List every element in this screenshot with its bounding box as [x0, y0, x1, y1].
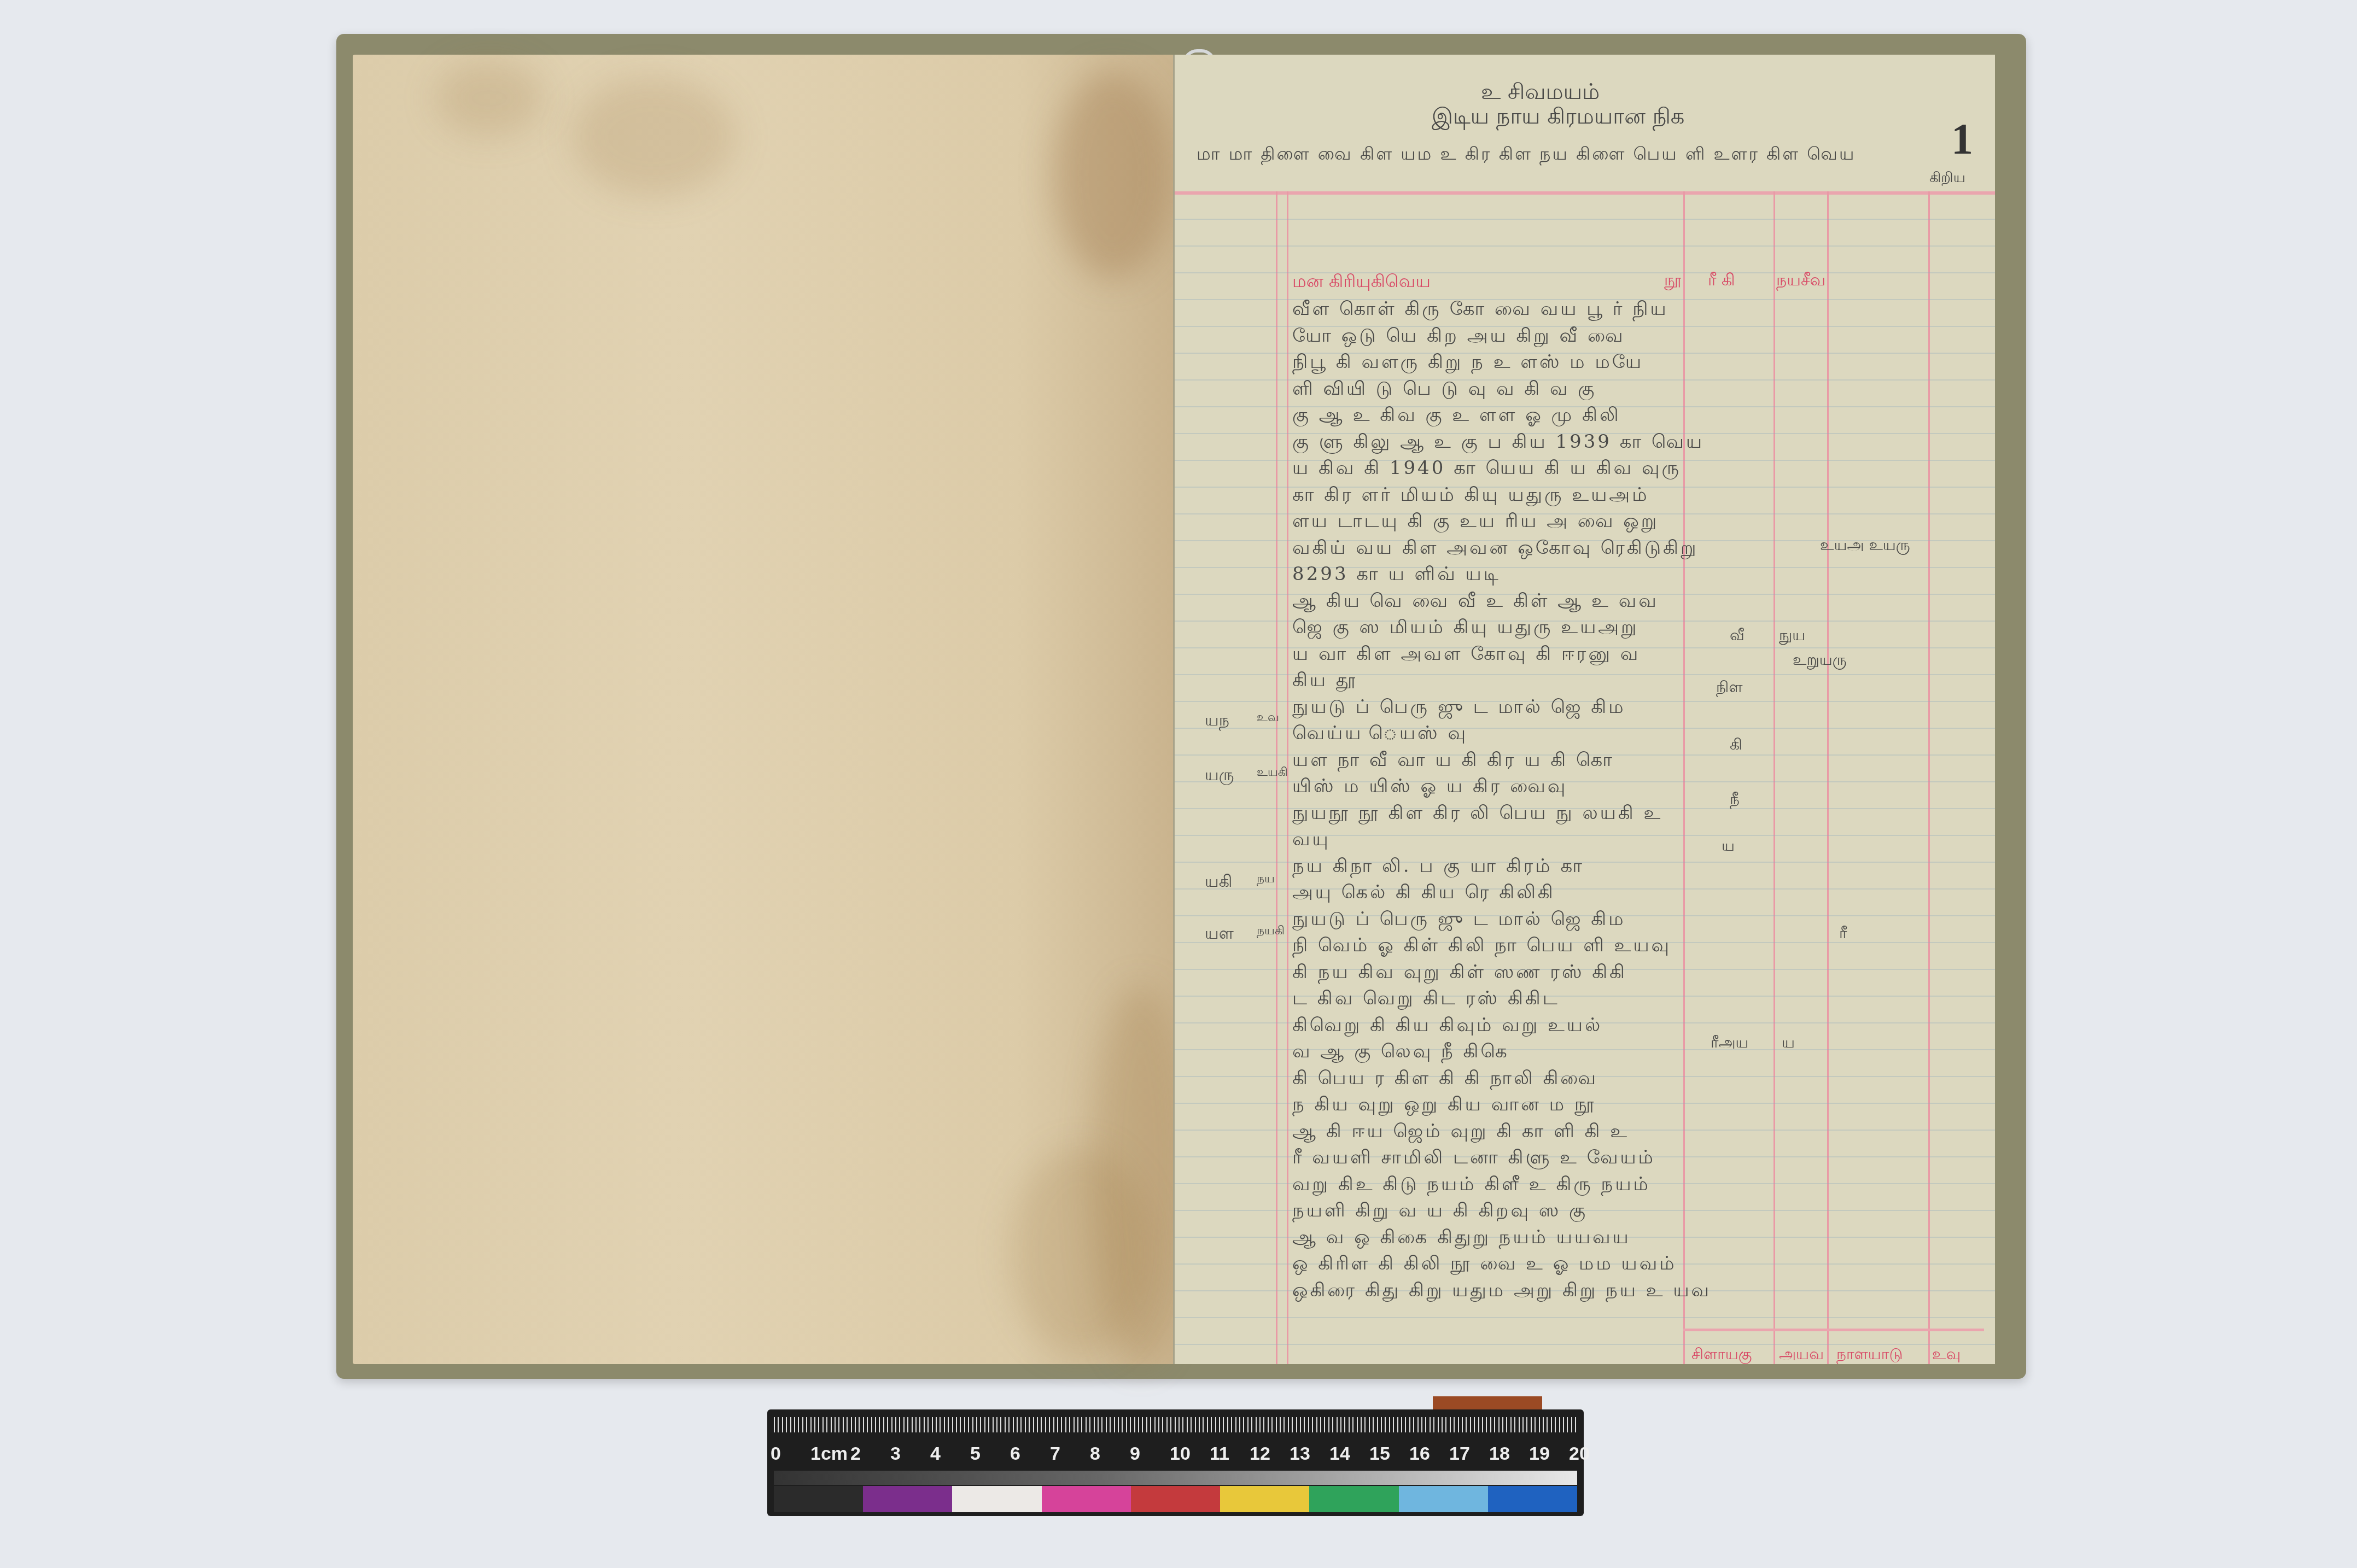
ruler-label: 9 [1130, 1443, 1140, 1465]
ruled-line [1175, 1317, 1995, 1318]
handwritten-line: ஆ வ ஒ கிகை கிதுறு நயம் யயவய [1292, 1226, 1631, 1250]
title-line-1: உ சிவமயம் [1481, 79, 1600, 107]
ruler-label: 17 [1449, 1443, 1470, 1465]
column-header-c: நயசீவ [1776, 271, 1825, 292]
header-line: மா மா திளை வை கிள யம உ கிர கிள நய கிளை ப… [1197, 143, 1856, 166]
handwritten-line: ட கிவ வெறு கிட ரஸ் கிகிட [1292, 987, 1560, 1011]
handwritten-line: நயளி கிறு வ ய கி கிறவு ஸ கு [1292, 1200, 1588, 1224]
color-patches [774, 1486, 1577, 1512]
scale-ruler: 01cm234567891011121314151617181920 [767, 1409, 1584, 1516]
ruler-label: 16 [1409, 1443, 1430, 1465]
ruler-label: 19 [1529, 1443, 1550, 1465]
column-header-a: நூ [1664, 271, 1682, 292]
ruler-label: 13 [1290, 1443, 1310, 1465]
footer-total-4: உவு [1932, 1345, 1961, 1364]
ruler-label: 2 [850, 1443, 861, 1465]
handwritten-line: நுயடு ப் பெரு ஜு ட மால் ஜெ கிம [1292, 696, 1626, 720]
ruler-label: 0 [771, 1443, 781, 1465]
ruler-label: 12 [1250, 1443, 1270, 1465]
side-entry: நிள [1716, 678, 1742, 698]
handwritten-line: ஒகிரை கிது கிறு யதும அறு கிறு நய உ யவ [1292, 1279, 1711, 1303]
column-header-b: ரீ கி [1708, 271, 1735, 292]
ruler-label: 5 [970, 1443, 981, 1465]
handwritten-line: கு ஆ உ கிவ கு உ ளள ஓ மு கிலி [1292, 404, 1621, 428]
ledger-book: உ சிவமயம் இடிய நாய கிரமயான நிக 1 மா மா த… [336, 34, 2026, 1379]
col-rule-a [1773, 191, 1775, 1364]
handwritten-line: ஜெ கு ஸ மியம் கியு யதுரு உயஅறு [1292, 616, 1639, 640]
side-entry: நுய [1779, 626, 1805, 646]
right-page: உ சிவமயம் இடிய நாய கிரமயான நிக 1 மா மா த… [1173, 55, 1995, 1364]
header-subline: கிறிய [1929, 169, 1965, 188]
handwritten-line: வறு கிஉ கிடு நயம் கிளீ உ கிரு நயம் [1292, 1173, 1650, 1197]
title-line-2: இடிய நாய கிரமயான நிக [1432, 104, 1684, 132]
handwritten-line: ஆ கிய வெ வை வீ உ கிள் ஆ உ வவ [1292, 590, 1659, 614]
handwritten-line: நி வெம் ஓ கிள் கிலி நா பெய ளி உயவு [1292, 934, 1671, 958]
handwritten-line: ய வா கிள அவள கோவு கி ஈரனு வ [1292, 643, 1640, 667]
color-patch [1399, 1486, 1488, 1512]
ruler-label: 4 [930, 1443, 941, 1465]
side-entry: ரீ [1839, 924, 1847, 944]
ruler-label: 18 [1489, 1443, 1510, 1465]
col-rule-c [1928, 191, 1930, 1364]
ruler-label: 8 [1090, 1443, 1100, 1465]
side-entry: வீ [1730, 626, 1745, 646]
side-entry: கி [1730, 735, 1742, 756]
binding-tab-bottom [1433, 1396, 1542, 1411]
side-entry: உறுயரு [1793, 651, 1847, 671]
handwritten-line: நய கிநா லி. ப கு யா கிரம் கா [1292, 855, 1584, 879]
handwritten-line: கு ளு கிலு ஆ உ கு ப கிய 1939 கா வெய [1292, 431, 1704, 455]
handwritten-line: கா கிர ளர் மியம் கியு யதுரு உயஅம் [1292, 484, 1649, 508]
side-entry: ய [1722, 836, 1735, 857]
handwritten-line: கி நய கிவ வுறு கிள் ஸண ரஸ் கிகி [1292, 961, 1627, 985]
handwritten-line: கி பெய ர கிள கி கி நாலி கிவை [1292, 1067, 1598, 1091]
footer-total-2: அயவ [1779, 1345, 1824, 1364]
margin-date: நய [1257, 872, 1275, 887]
col-rule-b [1827, 191, 1829, 1364]
handwritten-line: ந கிய வுறு ஒறு கிய வான ம நூ [1292, 1093, 1596, 1118]
color-patch [952, 1486, 1041, 1512]
margin-date: உயகி [1257, 765, 1288, 781]
handwritten-line: நுயடு ப் பெரு ஜு ட மால் ஜெ கிம [1292, 908, 1626, 932]
ruler-label: 3 [890, 1443, 901, 1465]
handwritten-line: வகிய் வய கிள அவன ஒகோவு ரெகிடுகிறு [1292, 537, 1698, 561]
handwritten-line: நுயநூ நூ கிள கிர லி பெய நு லயகி உ [1292, 802, 1662, 826]
handwritten-line: கிய தூ [1292, 669, 1358, 693]
page-number: 1 [1951, 115, 1973, 165]
handwritten-line: வயு [1292, 828, 1331, 852]
column-header-particulars: மன கிரியுகிவெய [1292, 271, 1431, 294]
margin-date: நயகி [1257, 924, 1285, 939]
handwritten-line: நிபூ கி வளரு கிறு ந உ ளஸ் ம மயே [1292, 351, 1643, 375]
ruler-label: 15 [1369, 1443, 1390, 1465]
margin-serial: யரு [1205, 765, 1234, 787]
ruler-label: 11 [1210, 1443, 1229, 1465]
footer-total-3: நாளயாடு [1836, 1345, 1903, 1364]
ruler-label: 14 [1329, 1443, 1350, 1465]
ruler-label: 7 [1050, 1443, 1060, 1465]
header-rule [1175, 191, 1995, 195]
handwritten-line: யோ ஒடு யெ கிற அய கிறு வீ வை [1292, 325, 1625, 349]
totals-rule [1683, 1329, 1984, 1331]
margin-serial: யந [1205, 711, 1229, 732]
handwritten-line: ளய டாடயு கி கு உய ரிய அ வை ஒறு [1292, 510, 1659, 534]
ruled-line [1175, 245, 1995, 247]
color-patch [1131, 1486, 1220, 1512]
ruler-label: 1cm [810, 1443, 848, 1465]
handwritten-line: ய கிவ கி 1940 கா யெய கி ய கிவ வுரு [1292, 457, 1681, 481]
handwritten-line: கிவெறு கி கிய கிவும் வறு உயல் [1292, 1014, 1602, 1038]
handwritten-line: 8293 கா ய ளிவ் யடி [1292, 563, 1501, 587]
ruler-label: 6 [1010, 1443, 1020, 1465]
col-rule-particulars [1683, 191, 1685, 1364]
side-entry: ரீஅய [1711, 1033, 1749, 1054]
grayscale-strip [774, 1471, 1577, 1485]
handwritten-line: ஒ கிரிள கி கிலி நூ வை உ ஓ மம யவம் [1292, 1253, 1677, 1277]
margin-date: உவ [1257, 711, 1279, 726]
side-entry: ய [1782, 1033, 1795, 1054]
ruler-ticks [774, 1417, 1577, 1432]
color-patch [1042, 1486, 1131, 1512]
handwritten-line: அயு கெல் கி கிய ரெ கிலிகி [1292, 881, 1555, 905]
footer-total-1: சிளாயகு [1691, 1345, 1752, 1364]
color-patch [1220, 1486, 1309, 1512]
side-entry: உயஅ உயரு [1820, 536, 1910, 556]
ruler-label: 20 [1569, 1443, 1590, 1465]
color-patch [774, 1486, 863, 1512]
handwritten-line: வீள கொள் கிரு கோ வை வய பூ ர் நிய [1292, 298, 1668, 322]
ruler-label: 10 [1170, 1443, 1191, 1465]
handwritten-line: ரீ வயளி சாமிலி டனா கிளு உ வேயம் [1292, 1146, 1655, 1171]
margin-serial: யகி [1205, 872, 1232, 893]
ruled-line [1175, 219, 1995, 220]
color-patch [1488, 1486, 1577, 1512]
handwritten-line: ளி வியி டு பெ டு வு வ கி வ கு [1292, 378, 1596, 402]
left-page [353, 55, 1184, 1364]
color-patch [1309, 1486, 1398, 1512]
margin-serial: யள [1205, 924, 1234, 945]
handwritten-line: வ ஆ கு லெவு நீ கிகெ [1292, 1040, 1509, 1064]
handwritten-line: வெய்ய ெயஸ் வு [1292, 722, 1468, 746]
color-patch [863, 1486, 952, 1512]
handwritten-line: யிஸ் ம யிஸ் ஓ ய கிர வைவு [1292, 775, 1567, 799]
handwritten-line: யள நா வீ வா ய கி கிர ய கி கொ [1292, 749, 1614, 773]
side-entry: நீ [1730, 790, 1740, 810]
handwritten-line: ஆ கி ஈய ஜெம் வுறு கி கா ளி கி உ [1292, 1120, 1629, 1144]
